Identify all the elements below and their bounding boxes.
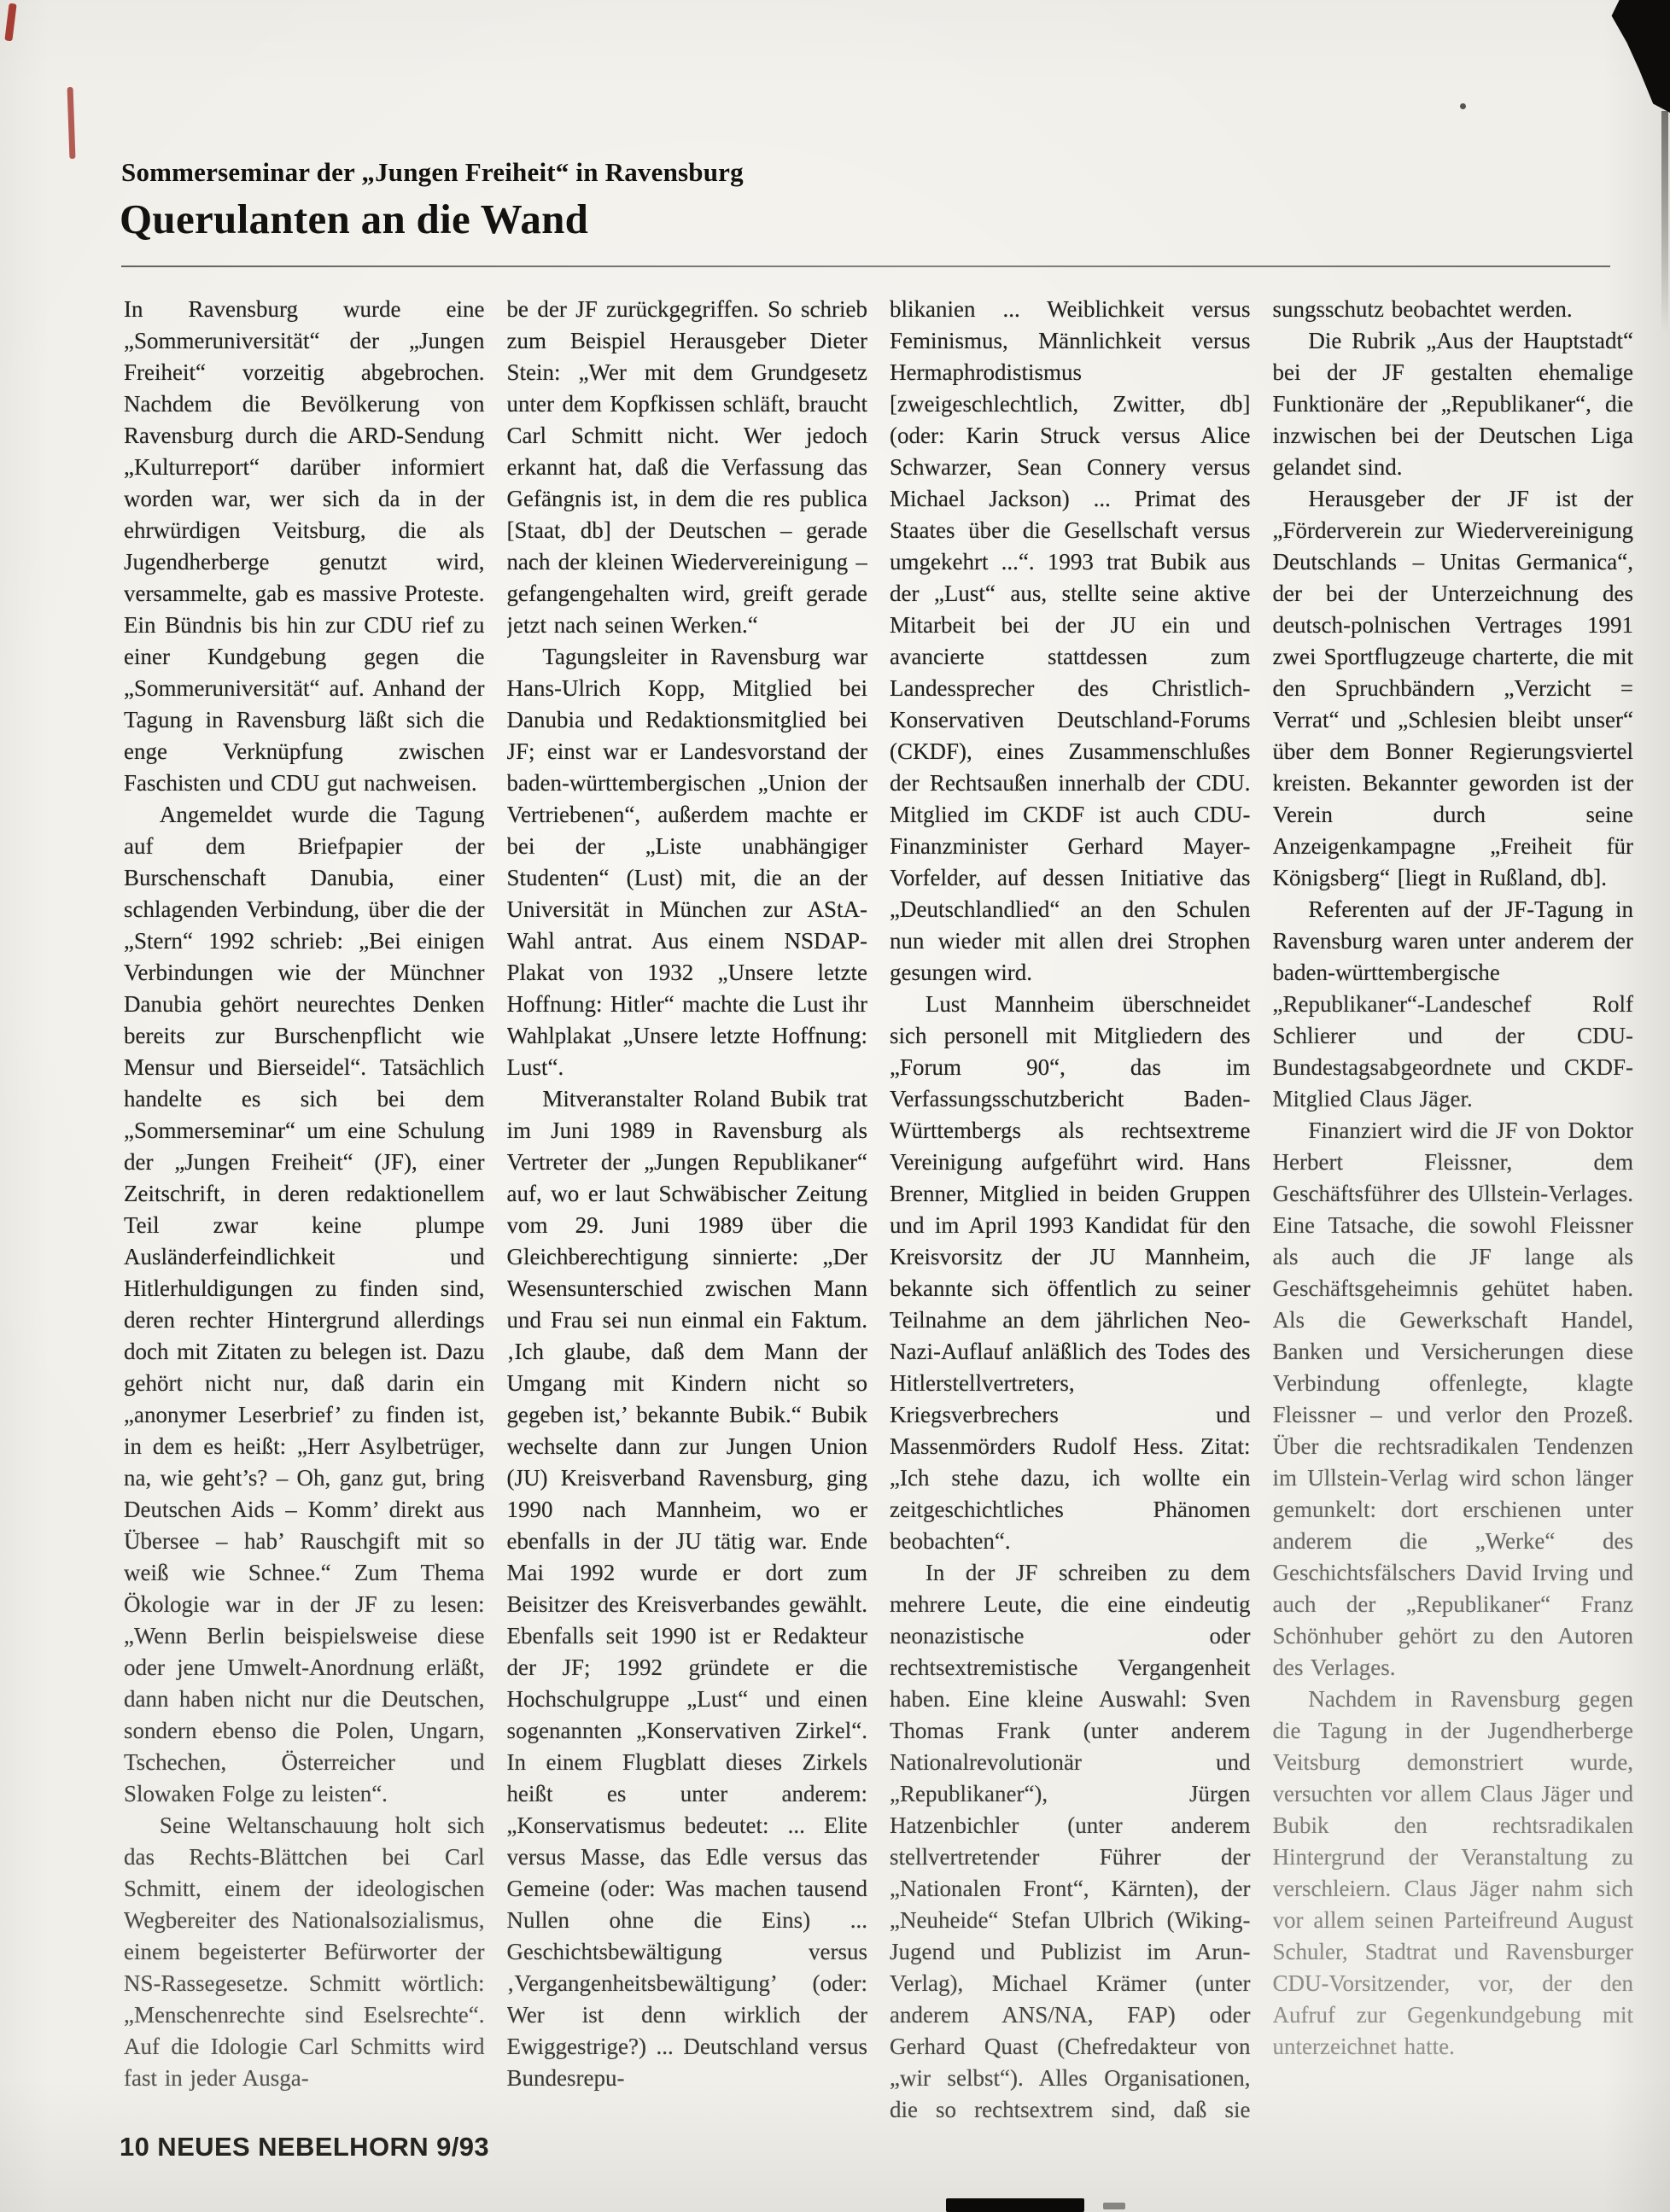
article-columns: In Ravensburg wurde eine „Sommeruniversi… <box>124 294 1633 2129</box>
paragraph: sungsschutz beobachtet werden. <box>1273 294 1634 325</box>
paragraph: Angemeldet wurde die Tagung auf dem Brie… <box>124 799 485 1810</box>
paragraph: Tagungsleiter in Ravensburg war Hans-Ulr… <box>507 641 868 1083</box>
paragraph: Finanziert wird die JF von Doktor Herber… <box>1273 1115 1634 1684</box>
red-pen-mark-small <box>67 87 76 159</box>
page-footer: 10 NEUES NEBELHORN 9/93 <box>120 2132 489 2162</box>
headline-rule <box>121 266 1610 267</box>
paragraph: Mitveranstalter Roland Bubik trat im Jun… <box>507 1083 868 2094</box>
ink-dot <box>1460 103 1466 109</box>
bottom-scan-bar <box>946 2198 1084 2212</box>
text-column-3: blikanien ... Weiblichkeit versus Femini… <box>890 294 1251 2129</box>
paragraph: Herausgeber der JF ist der „Förderverein… <box>1273 483 1634 894</box>
paragraph: Die Rubrik „Aus der Hauptstadt“ bei der … <box>1273 325 1634 483</box>
page-title: Querulanten an die Wand <box>120 195 1571 243</box>
paragraph: Lust Mannheim überschneidet sich persone… <box>890 989 1251 1557</box>
paragraph: Nachdem in Ravensburg gegen die Tagung i… <box>1273 1684 1634 2063</box>
red-pen-mark <box>4 3 16 42</box>
scanned-magazine-page: Sommerseminar der „Jungen Freiheit“ in R… <box>0 0 1670 2212</box>
bottom-edge-speck <box>1103 2203 1125 2209</box>
paragraph: In Ravensburg wurde eine „Sommeruniversi… <box>124 294 485 799</box>
text-column-4: sungsschutz beobachtet werden.Die Rubrik… <box>1273 294 1634 2129</box>
kicker: Sommerseminar der „Jungen Freiheit“ in R… <box>121 157 1402 188</box>
text-column-1: In Ravensburg wurde eine „Sommeruniversi… <box>124 294 485 2129</box>
paragraph: Referenten auf der JF-Tagung in Ravensbu… <box>1273 894 1634 1115</box>
text-column-2: be der JF zurückgegriffen. So schrieb zu… <box>507 294 868 2129</box>
scan-smudge-tail <box>1661 111 1668 333</box>
paragraph: Seine Weltanschauung holt sich das Recht… <box>124 1810 485 2094</box>
paragraph: In der JF schreiben zu dem mehrere Leute… <box>890 1557 1251 2189</box>
paragraph: blikanien ... Weiblichkeit versus Femini… <box>890 294 1251 989</box>
scan-smudge-top-right <box>1593 0 1670 113</box>
paragraph: be der JF zurückgegriffen. So schrieb zu… <box>507 294 868 641</box>
